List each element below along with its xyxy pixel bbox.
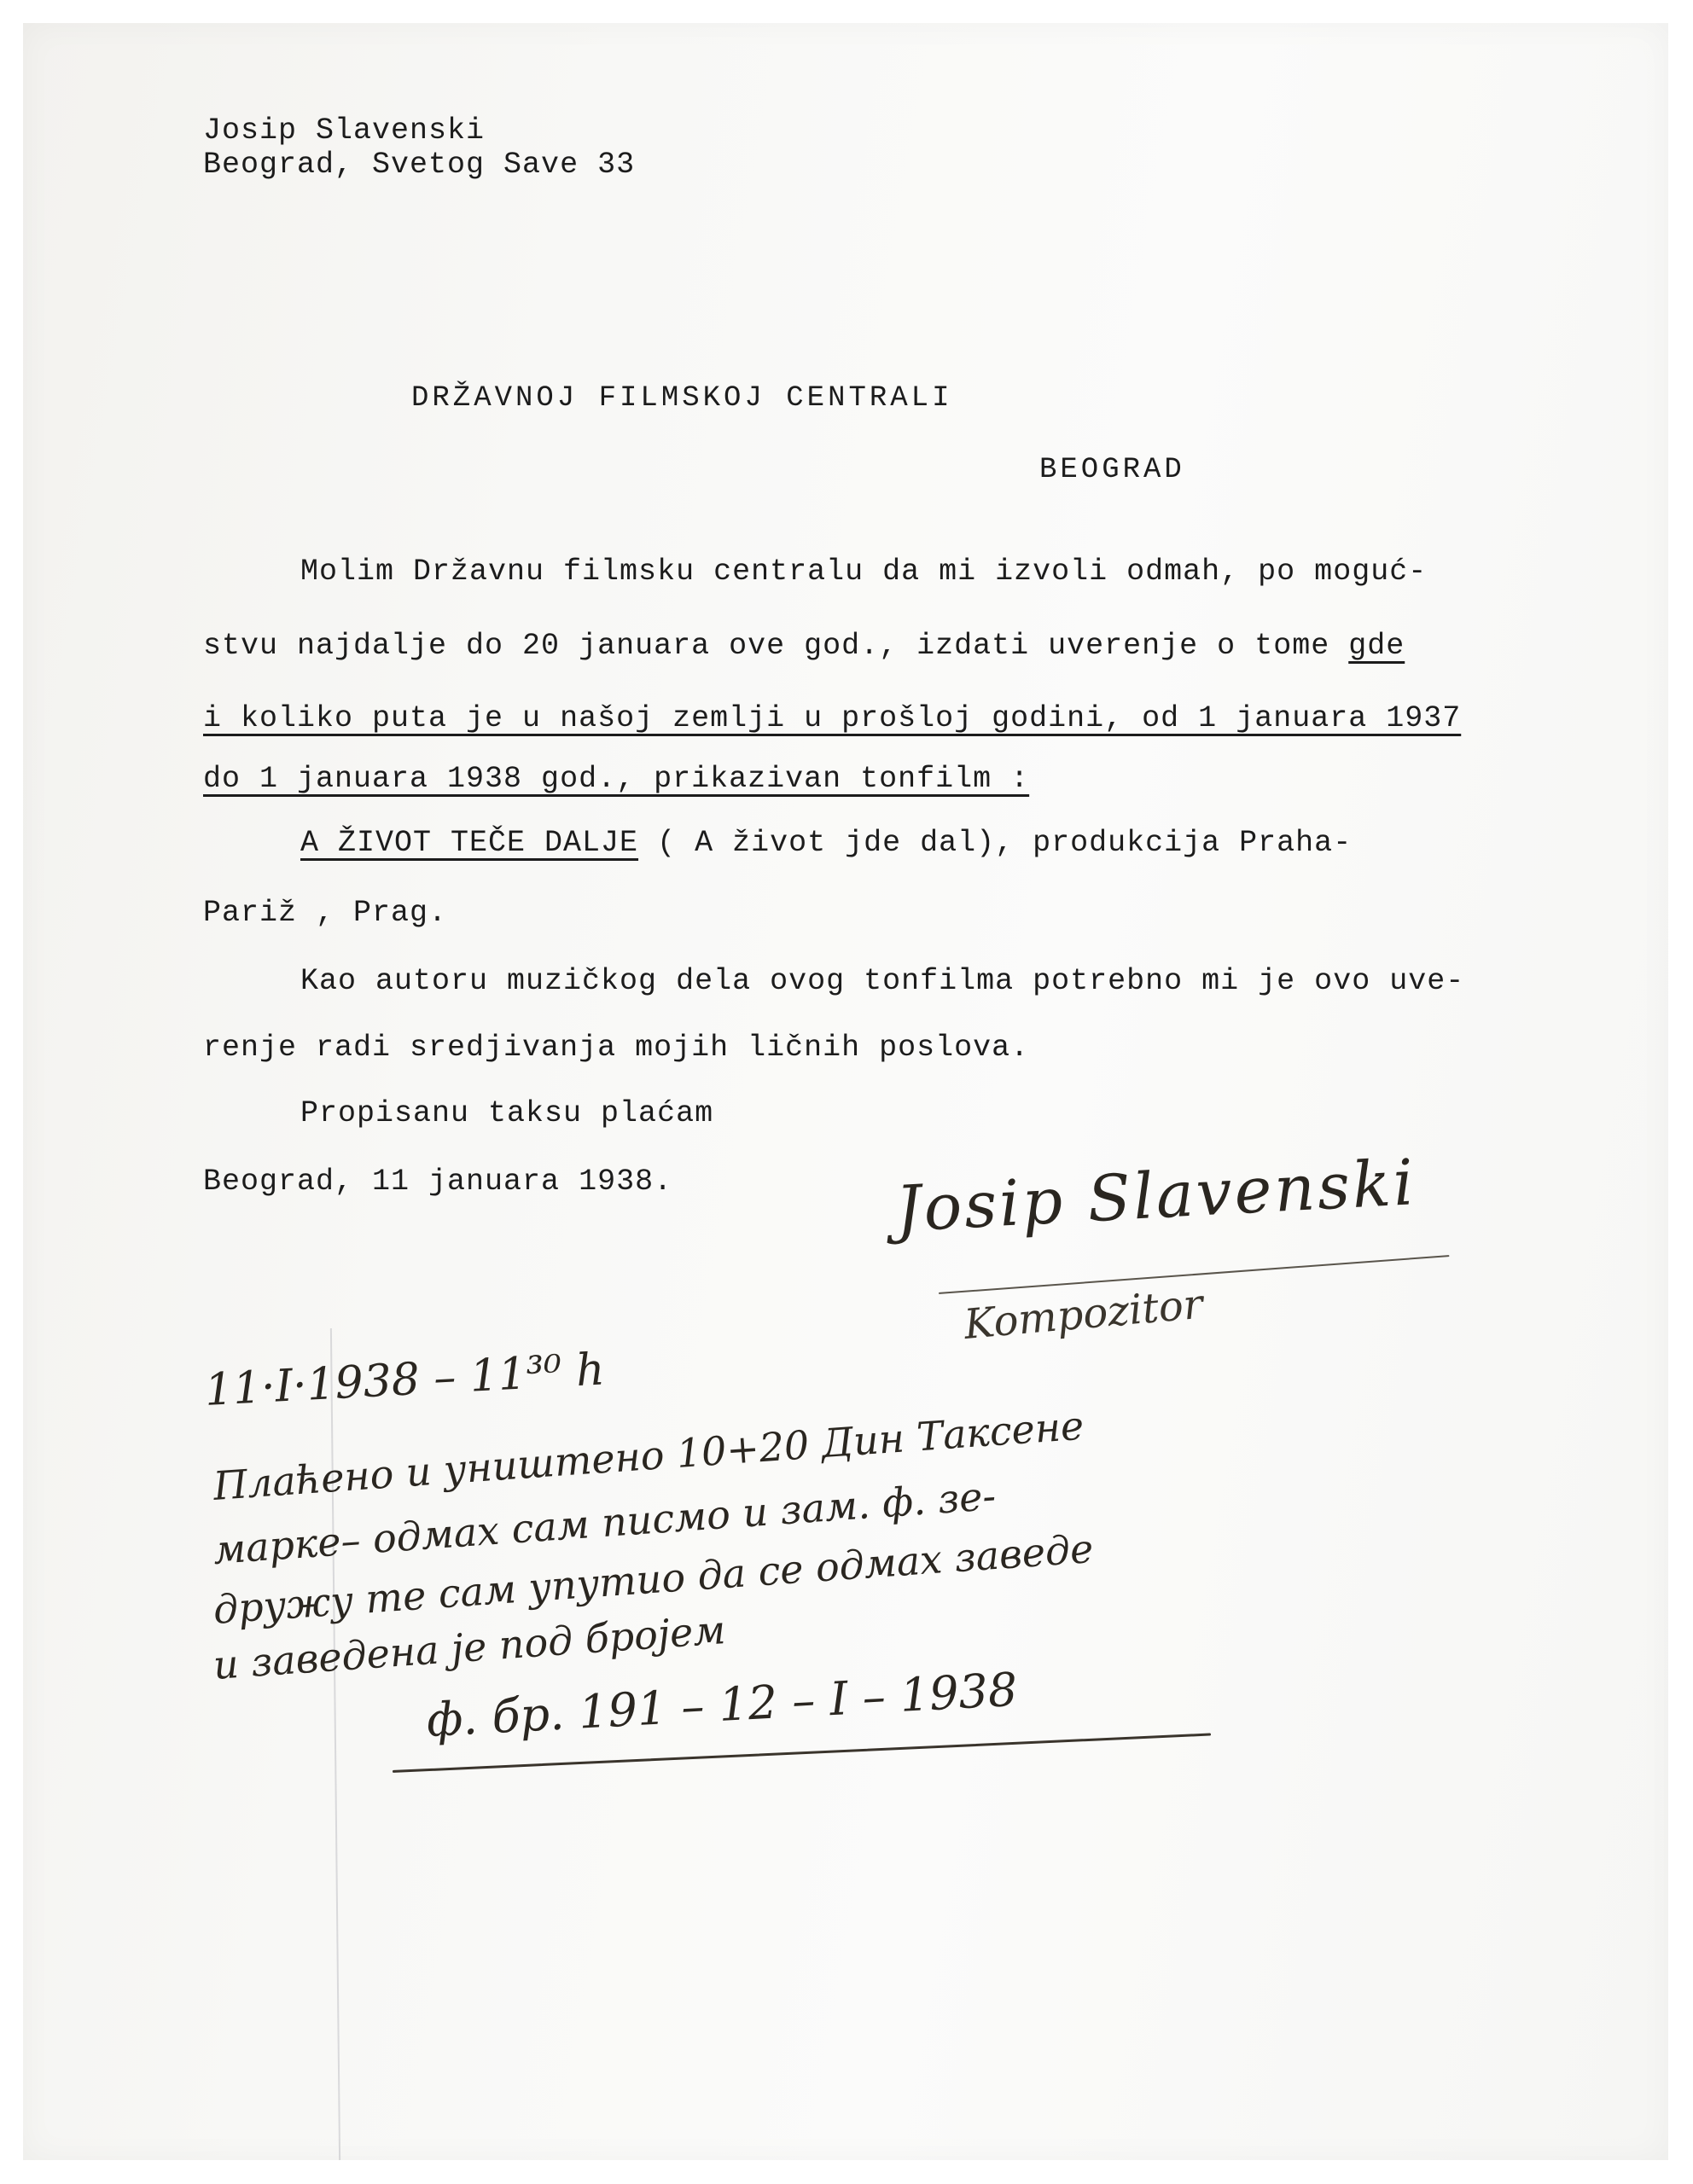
sender-name: Josip Slavenski [203,113,485,148]
body-paragraph-3-line-2: renje radi sredjivanja mojih ličnih posl… [203,1031,1029,1065]
body-text: stvu najdalje do 20 januara ove god., iz… [203,629,1348,663]
body-paragraph-1-line-4: do 1 januara 1938 god., prikazivan tonfi… [203,762,1029,796]
fee-statement: Propisanu taksu plaćam [300,1096,713,1130]
recipient-city: BEOGRAD [1039,454,1185,486]
film-title: A ŽIVOT TEČE DALJE [300,826,638,860]
letter-date: Beograd, 11 januara 1938. [203,1165,672,1199]
underlined-text: gde [1348,629,1405,663]
film-production-line: Pariž , Prag. [203,896,447,930]
body-paragraph-3-line-1: Kao autoru muzičkog dela ovog tonfilma p… [300,964,1464,998]
sender-address: Beograd, Svetog Save 33 [203,148,635,182]
letter-page [23,23,1668,2160]
recipient-institution: DRŽAVNOJ FILMSKOJ CENTRALI [411,382,953,415]
film-title-line: A ŽIVOT TEČE DALJE ( A život jde dal), p… [300,826,1352,860]
paper-crease [330,1328,340,2160]
body-paragraph-1-line-3: i koliko puta je u našoj zemlji u prošlo… [203,701,1461,735]
film-details: ( A život jde dal), produkcija Praha- [638,826,1352,860]
body-paragraph-1-line-1: Molim Državnu filmsku centralu da mi izv… [300,555,1427,589]
body-paragraph-1-line-2: stvu najdalje do 20 januara ove god., iz… [203,629,1405,663]
